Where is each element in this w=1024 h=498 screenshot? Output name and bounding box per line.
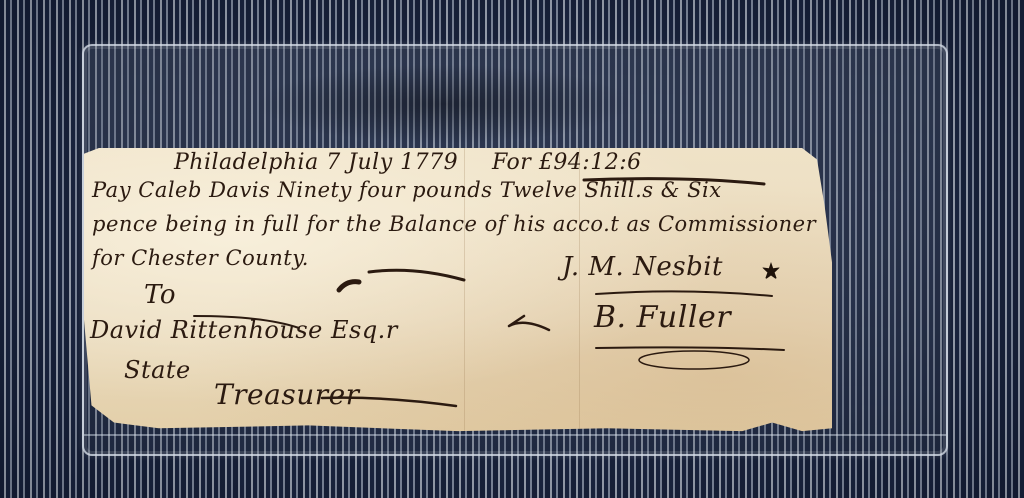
sleeve-reflection	[254, 64, 634, 144]
sleeve-seam	[84, 434, 946, 436]
payment-order-document: Philadelphia 7 July 1779 For £94:12:6 Pa…	[84, 148, 832, 434]
pen-flourishes-icon	[84, 148, 832, 434]
